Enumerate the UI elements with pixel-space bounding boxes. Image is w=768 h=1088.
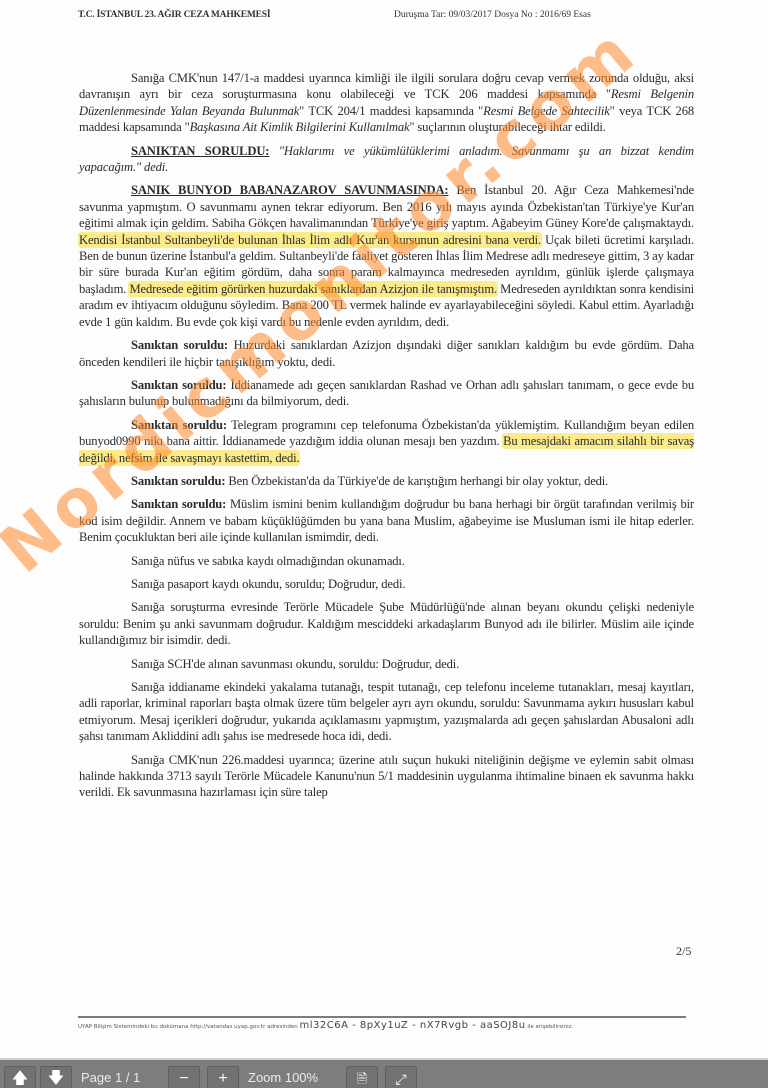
page-indicator: Page 1 / 1	[81, 1070, 140, 1085]
zoom-in-button[interactable]: +	[207, 1066, 239, 1088]
verification-codes: ml32C6A - 8pXy1uZ - nX7Rvgb - aaSOJ8u	[299, 1020, 525, 1031]
arrow-up-icon: 🡅	[12, 1070, 28, 1087]
plus-icon: +	[218, 1070, 227, 1087]
paragraph-question: Sanıktan soruldu: İddianamede adı geçen …	[79, 377, 694, 410]
paragraph-record: Sanığa soruşturma evresinde Terörle Müca…	[79, 599, 694, 648]
document-page: T.C. İSTANBUL 23. AĞIR CEZA MAHKEMESİ Du…	[0, 0, 768, 1058]
footer-divider	[78, 1016, 686, 1018]
document-body: Sanığa CMK'nun 147/1-a maddesi uyarınca …	[79, 70, 694, 808]
paragraph-record: Sanığa nüfus ve sabıka kaydı olmadığında…	[79, 553, 694, 569]
highlight: Medresede eğitim görürken huzurdaki sanı…	[129, 282, 497, 296]
highlight: Kendisi İstanbul Sultanbeyli'de bulunan …	[79, 233, 541, 247]
download-icon: 🗎	[357, 1071, 367, 1086]
arrow-down-icon: 🡇	[48, 1070, 64, 1087]
paragraph-record: Sanığa SCH'de alınan savunması okundu, s…	[79, 656, 694, 672]
zoom-level: Zoom 100%	[248, 1070, 318, 1085]
page-number: 2/5	[676, 944, 691, 959]
zoom-out-button[interactable]: −	[168, 1066, 200, 1088]
paragraph-question: Sanıktan soruldu: Telegram programını ce…	[79, 417, 694, 466]
document-footer: UYAP Bilişim Sistemindeki bu dokümana ht…	[78, 1020, 686, 1031]
case-meta: Duruşma Tar: 09/03/2017 Dosya No : 2016/…	[394, 10, 591, 20]
paragraph-record: Sanığa pasaport kaydı okundu, soruldu; D…	[79, 576, 694, 592]
fullscreen-button[interactable]: ⤢	[385, 1066, 417, 1088]
fullscreen-icon: ⤢	[395, 1071, 406, 1087]
paragraph-defense: SANIK BUNYOD BABANAZAROV SAVUNMASINDA: B…	[79, 182, 694, 330]
paragraph-question: Sanıktan soruldu: Huzurdaki sanıklardan …	[79, 337, 694, 370]
viewer-toolbar: 🡅 🡇 Page 1 / 1 − + Zoom 100% 🗎 ⤢	[0, 1058, 768, 1088]
minus-icon: −	[179, 1070, 188, 1087]
paragraph-question: Sanıktan soruldu: Ben Özbekistan'da da T…	[79, 473, 694, 489]
paragraph-record: Sanığa iddianame ekindeki yakalama tutan…	[79, 679, 694, 745]
paragraph-question: Sanıktan soruldu: Müslim ismini benim ku…	[79, 496, 694, 545]
download-button[interactable]: 🗎	[346, 1066, 378, 1088]
paragraph-question-rights: SANIKTAN SORULDU: "Haklarımı ve yükümlül…	[79, 143, 694, 176]
court-name: T.C. İSTANBUL 23. AĞIR CEZA MAHKEMESİ	[78, 10, 270, 20]
next-page-button[interactable]: 🡇	[40, 1066, 72, 1088]
previous-page-button[interactable]: 🡅	[4, 1066, 36, 1088]
paragraph-record: Sanığa CMK'nun 226.maddesi uyarınca; üze…	[79, 752, 694, 801]
paragraph-warning: Sanığa CMK'nun 147/1-a maddesi uyarınca …	[79, 70, 694, 136]
